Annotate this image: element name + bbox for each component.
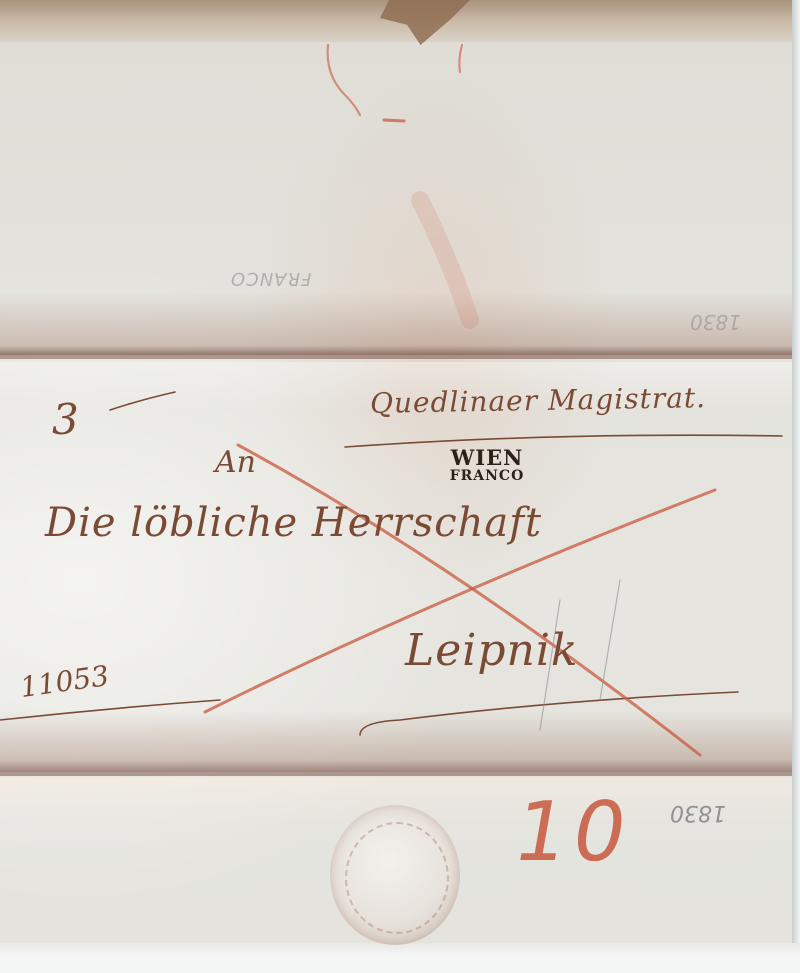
sender-line: Quedlinaer Magistrat. xyxy=(370,381,707,420)
seal-ring xyxy=(345,822,449,934)
destination: Leipnik xyxy=(405,625,579,676)
red-stain xyxy=(420,200,470,320)
addressee: Die löbliche Herrschaft xyxy=(45,500,542,546)
destination-underline xyxy=(360,692,738,735)
handstamp-franco: FRANCO xyxy=(432,469,542,483)
rate-mark-left: 3 xyxy=(52,395,79,444)
red-cross-stroke-1 xyxy=(238,445,700,755)
red-rate-mark: 10 xyxy=(507,785,640,880)
pencil-line xyxy=(600,580,620,700)
red-seal-dot xyxy=(384,120,404,121)
red-seal-trace xyxy=(328,45,360,115)
handstamp-city: WIEN xyxy=(432,447,542,468)
number-underline xyxy=(0,700,220,720)
wien-franco-handstamp: WIEN FRANCO xyxy=(432,447,542,483)
pencil-year-top: 1830 xyxy=(690,310,741,334)
red-seal-trace-right xyxy=(459,45,462,72)
pencil-year-bottom: 1830 xyxy=(670,800,726,825)
rate-tail xyxy=(110,392,175,410)
sender-underline xyxy=(345,435,782,447)
salutation: An xyxy=(215,445,256,480)
pencil-franco-faint: FRANCO xyxy=(230,268,311,289)
